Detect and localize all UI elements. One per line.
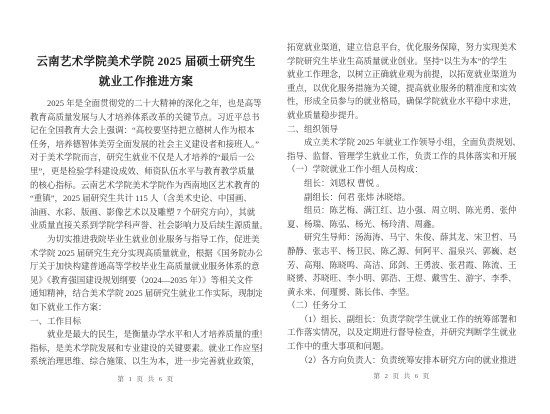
text-line: （一）学院就业工作小组人员构成： — [287, 163, 517, 177]
text-line: 性，形成全员参与的就业格局，确保学院就业水平稳中求进， — [287, 95, 517, 109]
text-line: 黄永来、何瑾赟、陈长伟、李坚。 — [287, 286, 517, 300]
text-line: 二、组织领导 — [287, 123, 517, 137]
text-line: 副组长：何君 张炜 沐晓熔。 — [287, 191, 517, 205]
text-line: 如下就业工作方案： — [30, 301, 262, 315]
text-line: 晓赟、苏晓旺、李小明、郭浩、王煜、戴雪生、游宇、李季、 — [287, 272, 517, 286]
document-spread: 云南艺术学院美术学院 2025 届硕士研究生就业工作推进方案 2025 年是全面… — [0, 0, 550, 414]
text-line: （2）各方向负责人：负责统筹安排本研究方向的就业推进 — [287, 354, 517, 368]
page-2: 拓宽就业渠道，建立信息平台，优化服务保障，努力实现美术学院研究生毕业生高质量就业… — [287, 0, 517, 414]
page-1-footer: 第 1 页 共 6 页 — [30, 374, 262, 383]
text-line: 组员：陈艺梅、满江红、边小强、周立明、陈光勇、张仲 — [287, 204, 517, 218]
text-line: 芳、高翔、陈晓鸣、高洁、邱剑、王勇波、张君霞、陈流、王 — [287, 259, 517, 273]
text-line: 对于美术学院而言，研究生就业不仅是人才培养的“最后一公 — [30, 151, 262, 165]
text-line: 里”，更是检验学科建设成效、师资队伍水平与教育教学质量 — [30, 165, 262, 179]
page-1: 云南艺术学院美术学院 2025 届硕士研究生就业工作推进方案 2025 年是全面… — [30, 0, 262, 414]
document-title: 云南艺术学院美术学院 2025 届硕士研究生就业工作推进方案 — [30, 53, 262, 92]
text-line: 一、工作目标 — [30, 315, 262, 329]
text-line: 工作中的重大事项和问题。 — [287, 340, 517, 354]
text-line: 系统治理思维、综合施策、以生为本，进一步完善就业政策， — [30, 355, 262, 369]
text-line: 重点，以优化服务措施为关键，提高就业服务的精准度和实效 — [287, 82, 517, 96]
text-line: 就业是最大的民生，是衡量办学水平和人才培养质量的重要 — [30, 328, 262, 342]
text-line: 厅关于加快构建普通高等学校毕业生高质量就业服务体系的意 — [30, 260, 262, 274]
page-2-footer: 第 2 页 共 6 页 — [287, 371, 517, 380]
text-line: 拓宽就业渠道，建立信息平台，优化服务保障，努力实现美术 — [287, 41, 517, 55]
text-line: 为切实推进我院毕业生就业创业服务与指导工作，促进美 — [30, 233, 262, 247]
text-line: 业质量直接关系到学院学科声誉、社会影响力及后续生源质量。 — [30, 219, 262, 233]
text-line: 研究生导师：汤海涛、马宁、朱俊、薛其龙、宋卫哲、马 — [287, 231, 517, 245]
text-line: 学院研究生毕业生高质量就业创业。坚持“以生为本”的学生 — [287, 55, 517, 69]
text-line: 就业工作推进方案 — [30, 73, 262, 93]
text-line: 云南艺术学院美术学院 2025 届硕士研究生 — [30, 53, 262, 73]
text-line: 2025 年是全面贯彻党的二十大精神的深化之年，也是高等 — [30, 97, 262, 111]
page-1-body-text: 2025 年是全面贯彻党的二十大精神的深化之年，也是高等教育高质量发展与人才培养… — [30, 97, 262, 369]
text-line: 就业工作理念，以树立正确就业观为前提，以拓宽就业渠道为 — [287, 68, 517, 82]
page-2-body-text: 拓宽就业渠道，建立信息平台，优化服务保障，努力实现美术学院研究生毕业生高质量就业… — [287, 41, 517, 367]
text-line: 指标，是美术学院发展和专业建设的关键要素。就业工作应坚持 — [30, 342, 262, 356]
text-line: 工作落实情况，以及定期进行督导检查，并研究判断学生就业 — [287, 326, 517, 340]
text-line: 记在全国教育大会上强调：“高校要坚持把立德树人作为根本 — [30, 124, 262, 138]
text-line: “重镇”，2025 届研究生共计 115 人（含美术史论、中国画、 — [30, 192, 262, 206]
text-line: （二）任务分工 — [287, 299, 517, 313]
text-line: 通知精神，结合美术学院 2025 届研究生就业工作实际，现制定 — [30, 287, 262, 301]
text-line: 的核心指标。云南艺术学院美术学院作为西南地区艺术教育的 — [30, 179, 262, 193]
text-line: 组长：刘恩权 曹悦 。 — [287, 177, 517, 191]
text-line: 指导、监督、管理学生就业工作，负责工作的具体落实和开展。 — [287, 150, 517, 164]
text-line: 就业质量稳步提升。 — [287, 109, 517, 123]
text-line: 成立美术学院 2025 年就业工作领导小组，全面负责规划、 — [287, 136, 517, 150]
text-line: 术学院 2025 届研究生充分实现高质量就业，根据《国务院办公 — [30, 247, 262, 261]
text-line: 任务，培养德智体美劳全面发展的社会主义建设者和接班人。” — [30, 138, 262, 152]
text-line: （1）组长、副组长：负责学院学生就业工作的统筹部署和 — [287, 313, 517, 327]
text-line: 夏、杨瑞、陈弘、杨光、杨玲清、周鑫。 — [287, 218, 517, 232]
text-line: 教育高质量发展与人才培养体系改革的关键节点。习近平总书 — [30, 111, 262, 125]
text-line: 静静、张志平、杨卫民、陈乙源、何阿平、温泉兴、郭巍、赵 — [287, 245, 517, 259]
text-line: 见》《教育强国建设规划纲要（2024—2035 年）》等相关文件 — [30, 274, 262, 288]
text-line: 油画、水彩、版画、影像艺术以及雕塑 7 个研究方向），其就 — [30, 206, 262, 220]
